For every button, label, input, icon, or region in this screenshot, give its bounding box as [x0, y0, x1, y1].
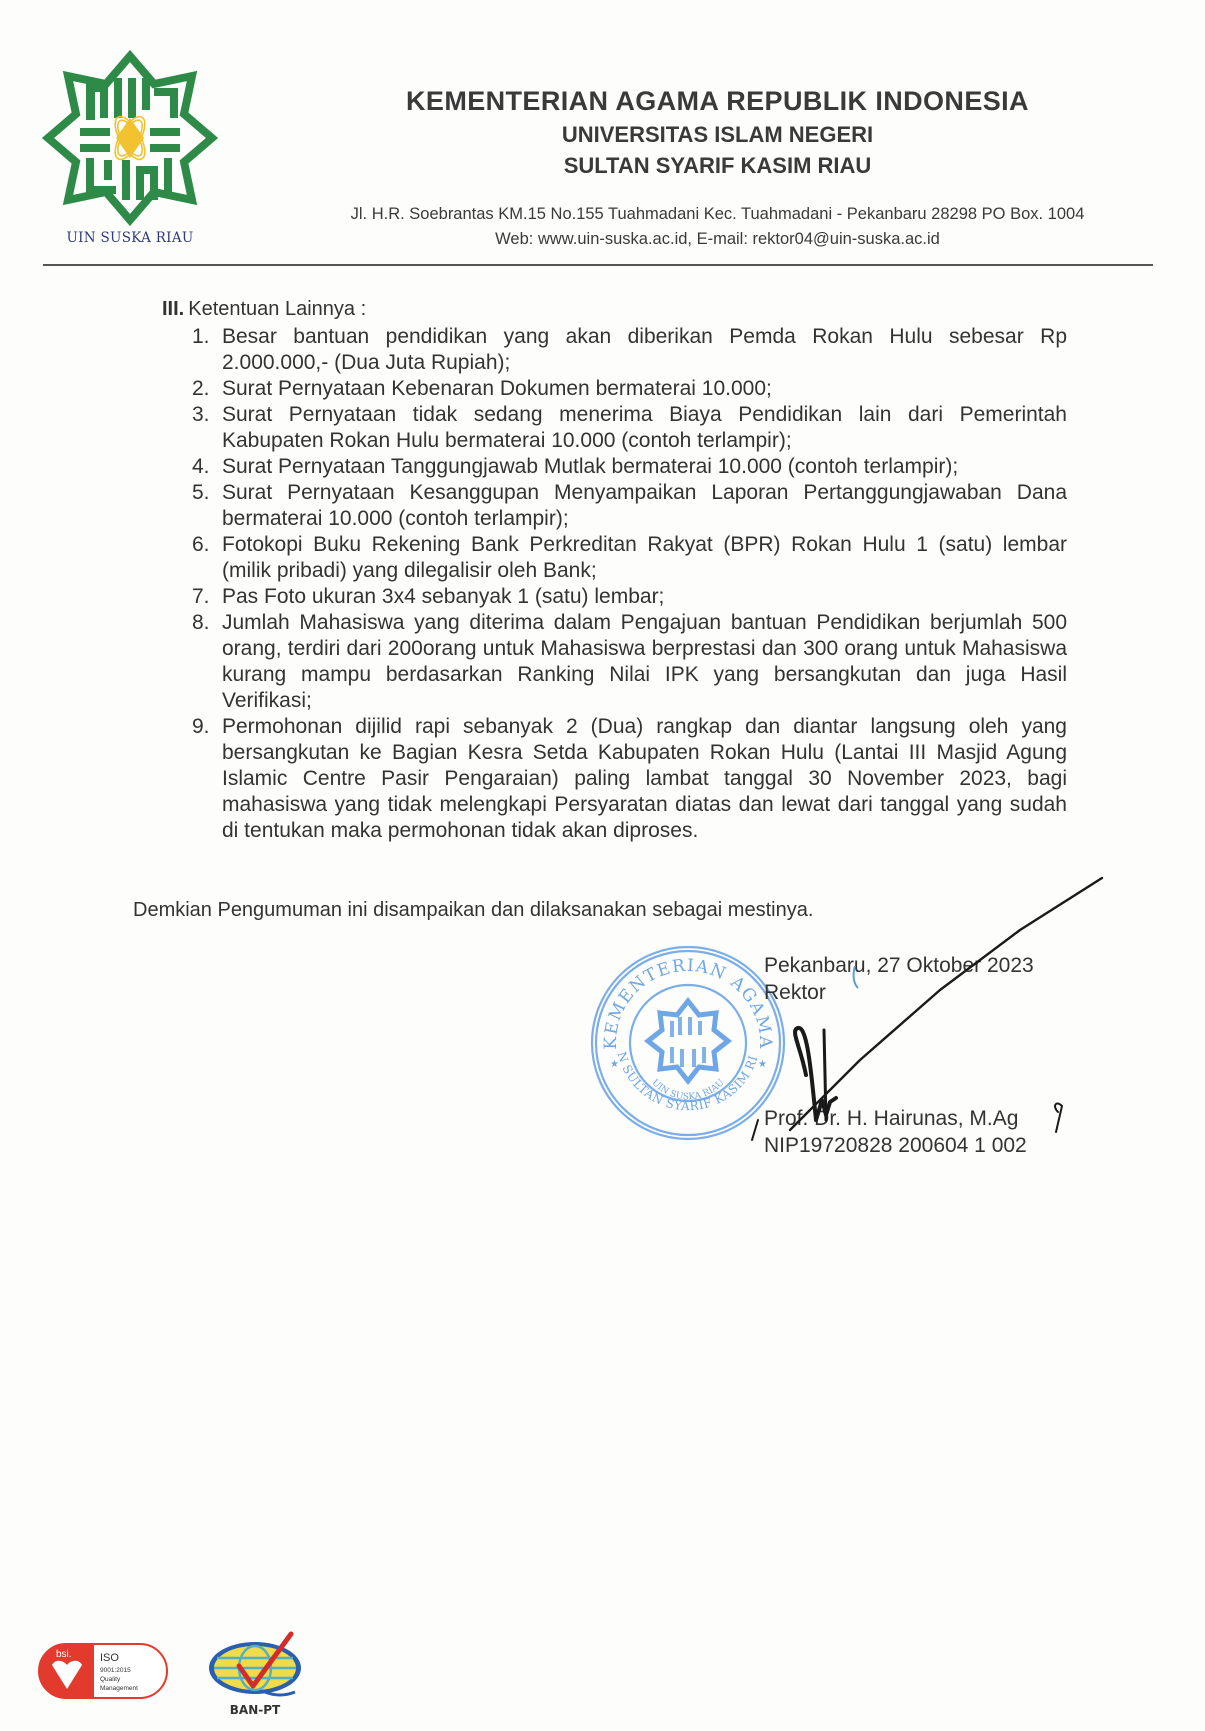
logo-caption: UIN SUSKA RIAU — [40, 230, 220, 246]
bsi-iso-badge-icon: bsi. ISO 9001:2015 Quality Management — [38, 1643, 168, 1699]
list-text: Permohonan dijilid rapi sebanyak 2 (Dua)… — [222, 715, 1067, 842]
svg-text:★: ★ — [610, 1059, 619, 1070]
list-text: Fotokopi Buku Rekening Bank Perkreditan … — [222, 533, 1067, 582]
contact-info: Web: www.uin-suska.ac.id, E-mail: rektor… — [240, 227, 1195, 252]
list-item: 5.Surat Pernyataan Kesanggupan Menyampai… — [162, 480, 1067, 532]
ministry-name: KEMENTERIAN AGAMA REPUBLIK INDONESIA — [240, 84, 1195, 118]
list-index: 8. — [192, 610, 210, 636]
signer-details: Prof. Dr. H. Hairunas, M.Ag NIP19720828 … — [764, 1105, 1027, 1159]
list-text: Pas Foto ukuran 3x4 sebanyak 1 (satu) le… — [222, 585, 664, 608]
svg-text:bsi.: bsi. — [56, 1649, 72, 1660]
list-index: 4. — [192, 454, 210, 480]
letterhead-title: KEMENTERIAN AGAMA REPUBLIK INDONESIA UNI… — [240, 84, 1195, 181]
svg-text:★: ★ — [758, 1059, 767, 1070]
svg-text:Management: Management — [100, 1685, 138, 1692]
document-page: UIN SUSKA RIAU KEMENTERIAN AGAMA REPUBLI… — [0, 0, 1205, 1731]
list-item: 1.Besar bantuan pendidikan yang akan dib… — [162, 324, 1067, 376]
list-text: Surat Pernyataan Tanggungjawab Mutlak be… — [222, 455, 958, 478]
list-item: 3.Surat Pernyataan tidak sedang menerima… — [162, 402, 1067, 454]
section-heading: III.Ketentuan Lainnya : — [162, 296, 1067, 322]
list-index: 9. — [192, 714, 210, 740]
list-text: Jumlah Mahasiswa yang diterima dalam Pen… — [222, 611, 1067, 712]
signature-block: Pekanbaru, 27 Oktober 2023 Rektor — [764, 952, 1034, 1006]
university-name-line2: SULTAN SYARIF KASIM RIAU — [240, 151, 1195, 181]
list-item: 8.Jumlah Mahasiswa yang diterima dalam P… — [162, 610, 1067, 714]
list-text: Surat Pernyataan Kesanggupan Menyampaika… — [222, 481, 1067, 530]
list-index: 1. — [192, 324, 210, 350]
svg-text:ISO: ISO — [100, 1652, 119, 1664]
list-index: 7. — [192, 584, 210, 610]
svg-text:Quality: Quality — [100, 1676, 121, 1683]
list-text: Surat Pernyataan tidak sedang menerima B… — [222, 403, 1067, 452]
closing-statement: Demkian Pengumuman ini disampaikan dan d… — [133, 899, 813, 922]
section-other-provisions: III.Ketentuan Lainnya : 1.Besar bantuan … — [162, 296, 1067, 844]
place-date: Pekanbaru, 27 Oktober 2023 — [764, 952, 1034, 979]
official-stamp-icon: KEMENTERIAN AGAMA UIN SULTAN SYARIF KASI… — [588, 943, 788, 1143]
provisions-list: 1.Besar bantuan pendidikan yang akan dib… — [162, 324, 1067, 844]
signer-name: Prof. Dr. H. Hairunas, M.Ag — [764, 1105, 1027, 1132]
uin-suska-riau-logo-icon — [40, 48, 220, 228]
list-item: 9.Permohonan dijilid rapi sebanyak 2 (Du… — [162, 714, 1067, 844]
letterhead-divider — [43, 264, 1153, 266]
list-text: Besar bantuan pendidikan yang akan diber… — [222, 325, 1067, 374]
list-item: 6.Fotokopi Buku Rekening Bank Perkredita… — [162, 532, 1067, 584]
university-name-line1: UNIVERSITAS ISLAM NEGERI — [240, 118, 1195, 151]
list-item: 7.Pas Foto ukuran 3x4 sebanyak 1 (satu) … — [162, 584, 1067, 610]
svg-text:BAN-PT: BAN-PT — [230, 1703, 281, 1717]
list-index: 6. — [192, 532, 210, 558]
list-index: 2. — [192, 376, 210, 402]
svg-text:9001:2015: 9001:2015 — [100, 1667, 131, 1674]
signer-position: Rektor — [764, 979, 1034, 1006]
list-item: 4.Surat Pernyataan Tanggungjawab Mutlak … — [162, 454, 1067, 480]
signer-nip: NIP19720828 200604 1 002 — [764, 1132, 1027, 1159]
section-title: Ketentuan Lainnya : — [188, 298, 366, 320]
section-number: III. — [162, 298, 184, 320]
ban-pt-logo-icon: BAN-PT — [205, 1630, 305, 1720]
list-item: 2.Surat Pernyataan Kebenaran Dokumen ber… — [162, 376, 1067, 402]
letterhead-address: Jl. H.R. Soebrantas KM.15 No.155 Tuahmad… — [240, 202, 1195, 252]
list-index: 3. — [192, 402, 210, 428]
list-index: 5. — [192, 480, 210, 506]
list-text: Surat Pernyataan Kebenaran Dokumen berma… — [222, 377, 772, 400]
street-address: Jl. H.R. Soebrantas KM.15 No.155 Tuahmad… — [240, 202, 1195, 227]
